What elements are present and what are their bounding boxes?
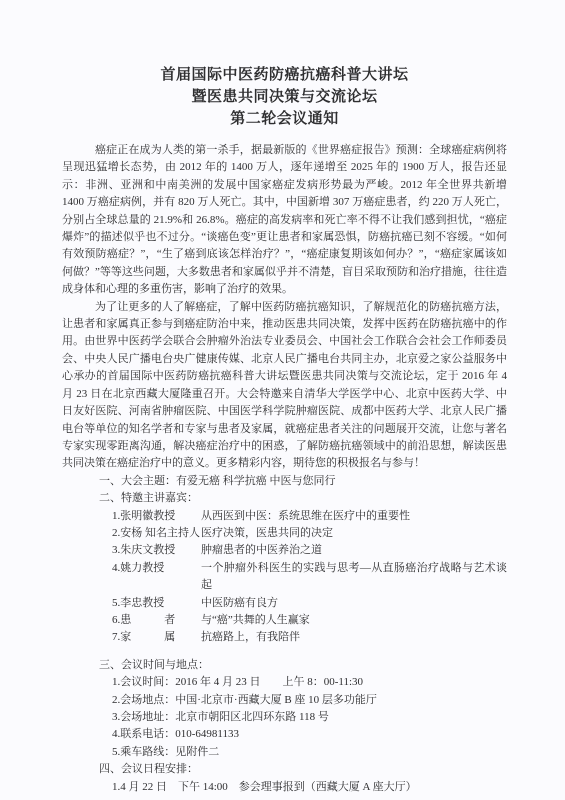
section-heading-venue: 三、会议时间与地点： bbox=[99, 657, 507, 674]
document-title-line-1: 首届国际中医药防癌抗癌科普大讲坛 bbox=[62, 64, 507, 86]
venue-list: 1.会议时间：2016 年 4 月 23 日 上午 8：00-11:30 2.会… bbox=[62, 674, 507, 761]
venue-item-address: 3.会场地址：北京市朝阳区北四环东路 118 号 bbox=[112, 709, 507, 726]
section-heading-guests: 二、特邀主讲嘉宾： bbox=[99, 490, 507, 507]
section-heading-theme: 一、大会主题：有爱无癌 科学抗癌 中医与您同行 bbox=[99, 473, 507, 490]
paragraph-conference-intro: 为了让更多的人了解癌症，了解中医药防癌抗癌知识，了解规范化的防癌抗癌方法，让患者… bbox=[62, 299, 507, 473]
guest-list-item: 1.张明徽教授 从西医到中医：系统思维在医疗中的重要性 bbox=[112, 508, 507, 525]
document-title-block: 首届国际中医药防癌抗癌科普大讲坛 暨医患共同决策与交流论坛 第二轮会议通知 bbox=[62, 64, 507, 130]
guest-topic: 抗癌路上，有我陪伴 bbox=[201, 629, 507, 646]
guest-name: 5.李忠教授 bbox=[112, 595, 201, 612]
venue-item-time: 1.会议时间：2016 年 4 月 23 日 上午 8：00-11:30 bbox=[112, 674, 507, 691]
guest-list-item: 4.姚力教授 一个肿瘤外科医生的实践与思考—从直肠癌治疗战略与艺术谈起 bbox=[112, 560, 507, 595]
venue-item-route: 5.乘车路线：见附件二 bbox=[112, 744, 507, 761]
agenda-list: 1.4 月 22 日 下午 14:00 参会理事报到（西藏大厦 A 座大厅） bbox=[62, 779, 507, 796]
guest-list: 1.张明徽教授 从西医到中医：系统思维在医疗中的重要性 2.安杨 知名主持人 医… bbox=[62, 508, 507, 647]
guest-topic: 肿瘤患者的中医养治之道 bbox=[201, 542, 507, 559]
document-content: 首届国际中医药防癌抗癌科普大讲坛 暨医患共同决策与交流论坛 第二轮会议通知 癌症… bbox=[0, 0, 565, 796]
guest-name: 7.家 属 bbox=[112, 629, 201, 646]
document-title-line-3: 第二轮会议通知 bbox=[62, 108, 507, 130]
venue-item-phone: 4.联系电话：010-64981133 bbox=[112, 726, 507, 743]
guest-name: 2.安杨 知名主持人 bbox=[112, 525, 201, 542]
guest-list-item: 2.安杨 知名主持人 医疗决策，医患共同的决定 bbox=[112, 525, 507, 542]
document-title-line-2: 暨医患共同决策与交流论坛 bbox=[62, 86, 507, 108]
paragraph-cancer-overview: 癌症正在成为人类的第一杀手，据最新版的《世界癌症报告》预测：全球癌症病例将呈现迅… bbox=[62, 142, 507, 299]
guest-list-item: 5.李忠教授 中医防癌有良方 bbox=[112, 595, 507, 612]
document-page: 首届国际中医药防癌抗癌科普大讲坛 暨医患共同决策与交流论坛 第二轮会议通知 癌症… bbox=[0, 0, 565, 800]
venue-item-place: 2.会场地点：中国·北京市·西藏大厦 B 座 10 层多功能厅 bbox=[112, 692, 507, 709]
guest-topic: 医疗决策，医患共同的决定 bbox=[201, 525, 507, 542]
guest-name: 1.张明徽教授 bbox=[112, 508, 201, 525]
guest-name: 4.姚力教授 bbox=[112, 560, 201, 595]
guest-list-item: 3.朱庆文教授 肿瘤患者的中医养治之道 bbox=[112, 542, 507, 559]
guest-name: 3.朱庆文教授 bbox=[112, 542, 201, 559]
guest-topic: 中医防癌有良方 bbox=[201, 595, 507, 612]
guest-topic: 一个肿瘤外科医生的实践与思考—从直肠癌治疗战略与艺术谈起 bbox=[201, 560, 507, 595]
guest-topic: 与“癌”共舞的人生赢家 bbox=[201, 612, 507, 629]
guest-list-item: 7.家 属 抗癌路上，有我陪伴 bbox=[112, 629, 507, 646]
guest-name: 6.患 者 bbox=[112, 612, 201, 629]
section-heading-agenda: 四、会议日程安排： bbox=[99, 761, 507, 778]
guest-topic: 从西医到中医：系统思维在医疗中的重要性 bbox=[201, 508, 507, 525]
guest-list-item: 6.患 者 与“癌”共舞的人生赢家 bbox=[112, 612, 507, 629]
document-body: 癌症正在成为人类的第一杀手，据最新版的《世界癌症报告》预测：全球癌症病例将呈现迅… bbox=[62, 142, 507, 796]
agenda-item-checkin: 1.4 月 22 日 下午 14:00 参会理事报到（西藏大厦 A 座大厅） bbox=[112, 779, 507, 796]
